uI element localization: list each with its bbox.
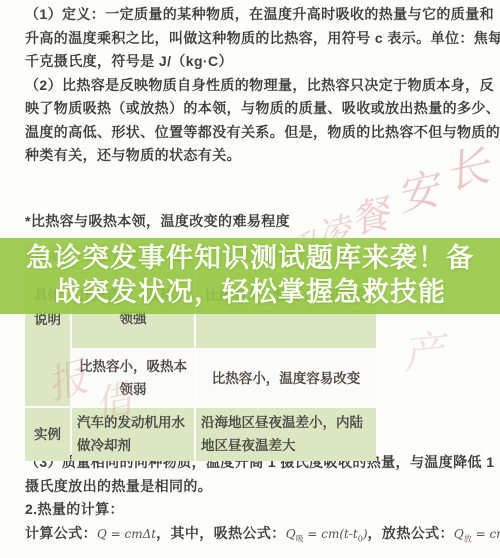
formula-heat-release: Q放 = cm(t0-t) bbox=[454, 527, 500, 541]
body-text-line: 映了物质吸热（或放热）的本领，与物质的质量、吸收或放出热量的多少、 bbox=[25, 97, 487, 121]
table-row-label: 实例 bbox=[25, 408, 70, 461]
section-heading: *比热容与吸热本领，温度改变的难易程度 bbox=[25, 211, 290, 231]
promo-banner-line1: 急诊突发事件知识测试题库来袭！备 bbox=[0, 241, 500, 275]
table-cell: 比热容小，温度容易改变 bbox=[196, 350, 376, 406]
table-cell: 汽车的发动机用水做冷却剂 bbox=[72, 408, 194, 461]
body-text-line: 升高的温度乘积之比，叫做这种物质的比热容，用符号 c 表示。单位：焦每 bbox=[25, 27, 487, 51]
body-text-line: 种类有关，还与物质的状态有关。 bbox=[25, 144, 487, 168]
table-cell: 比热容小，吸热本领弱 bbox=[72, 350, 194, 406]
formula-heat-absorb: Q吸 = cm(t-t0) bbox=[286, 527, 368, 541]
body-text-line: 千克摄氏度，符号是 J/（kg·C） bbox=[25, 50, 487, 74]
body-text-line: 温度的高低、形状、位置等都没有关系。但是，物质的比热容不但与物质的 bbox=[25, 121, 487, 145]
bottom-paragraphs: （3）质量相同的同种物质，温度升高 1 摄氏度吸收的热量，与温度降低 1 摄氏度… bbox=[25, 451, 487, 550]
watermark-glyph: 餐 bbox=[345, 183, 394, 245]
top-paragraphs: （1）定义：一定质量的某种物质，在温度升高时吸收的热量与它的质量和 升高的温度乘… bbox=[25, 3, 487, 168]
formula-q-cmdt: Q = cmΔt bbox=[97, 527, 156, 541]
formula-label: ，其中，吸热公式： bbox=[156, 525, 286, 541]
formula-line: 计算公式：Q = cmΔt，其中，吸热公式：Q吸 = cm(t-t0)，放热公式… bbox=[25, 522, 487, 551]
formula-label: 计算公式： bbox=[25, 525, 97, 541]
body-text-line: （1）定义：一定质量的某种物质，在温度升高时吸收的热量与它的质量和 bbox=[25, 3, 487, 27]
watermark-glyph: 产 bbox=[399, 318, 447, 382]
body-text-line: 摄氏度放出的热量是相同的。 bbox=[25, 475, 487, 499]
formula-label: ，放热公式： bbox=[368, 525, 454, 541]
promo-banner-line2: 战突发状况，轻松掌握急救技能 bbox=[0, 275, 500, 309]
body-text-line: 2.热量的计算： bbox=[25, 498, 487, 522]
table-cell: 沿海地区昼夜温差小，内陆地区昼夜温差大 bbox=[196, 408, 376, 461]
document-page: （1）定义：一定质量的某种物质，在温度升高时吸收的热量与它的质量和 升高的温度乘… bbox=[0, 0, 500, 558]
body-text-line: （2）比热容是反映物质自身性质的物理量，比热容只决定于物质本身，反 bbox=[25, 74, 487, 98]
promo-banner[interactable]: 急诊突发事件知识测试题库来袭！备 战突发状况，轻松掌握急救技能 bbox=[0, 238, 500, 314]
